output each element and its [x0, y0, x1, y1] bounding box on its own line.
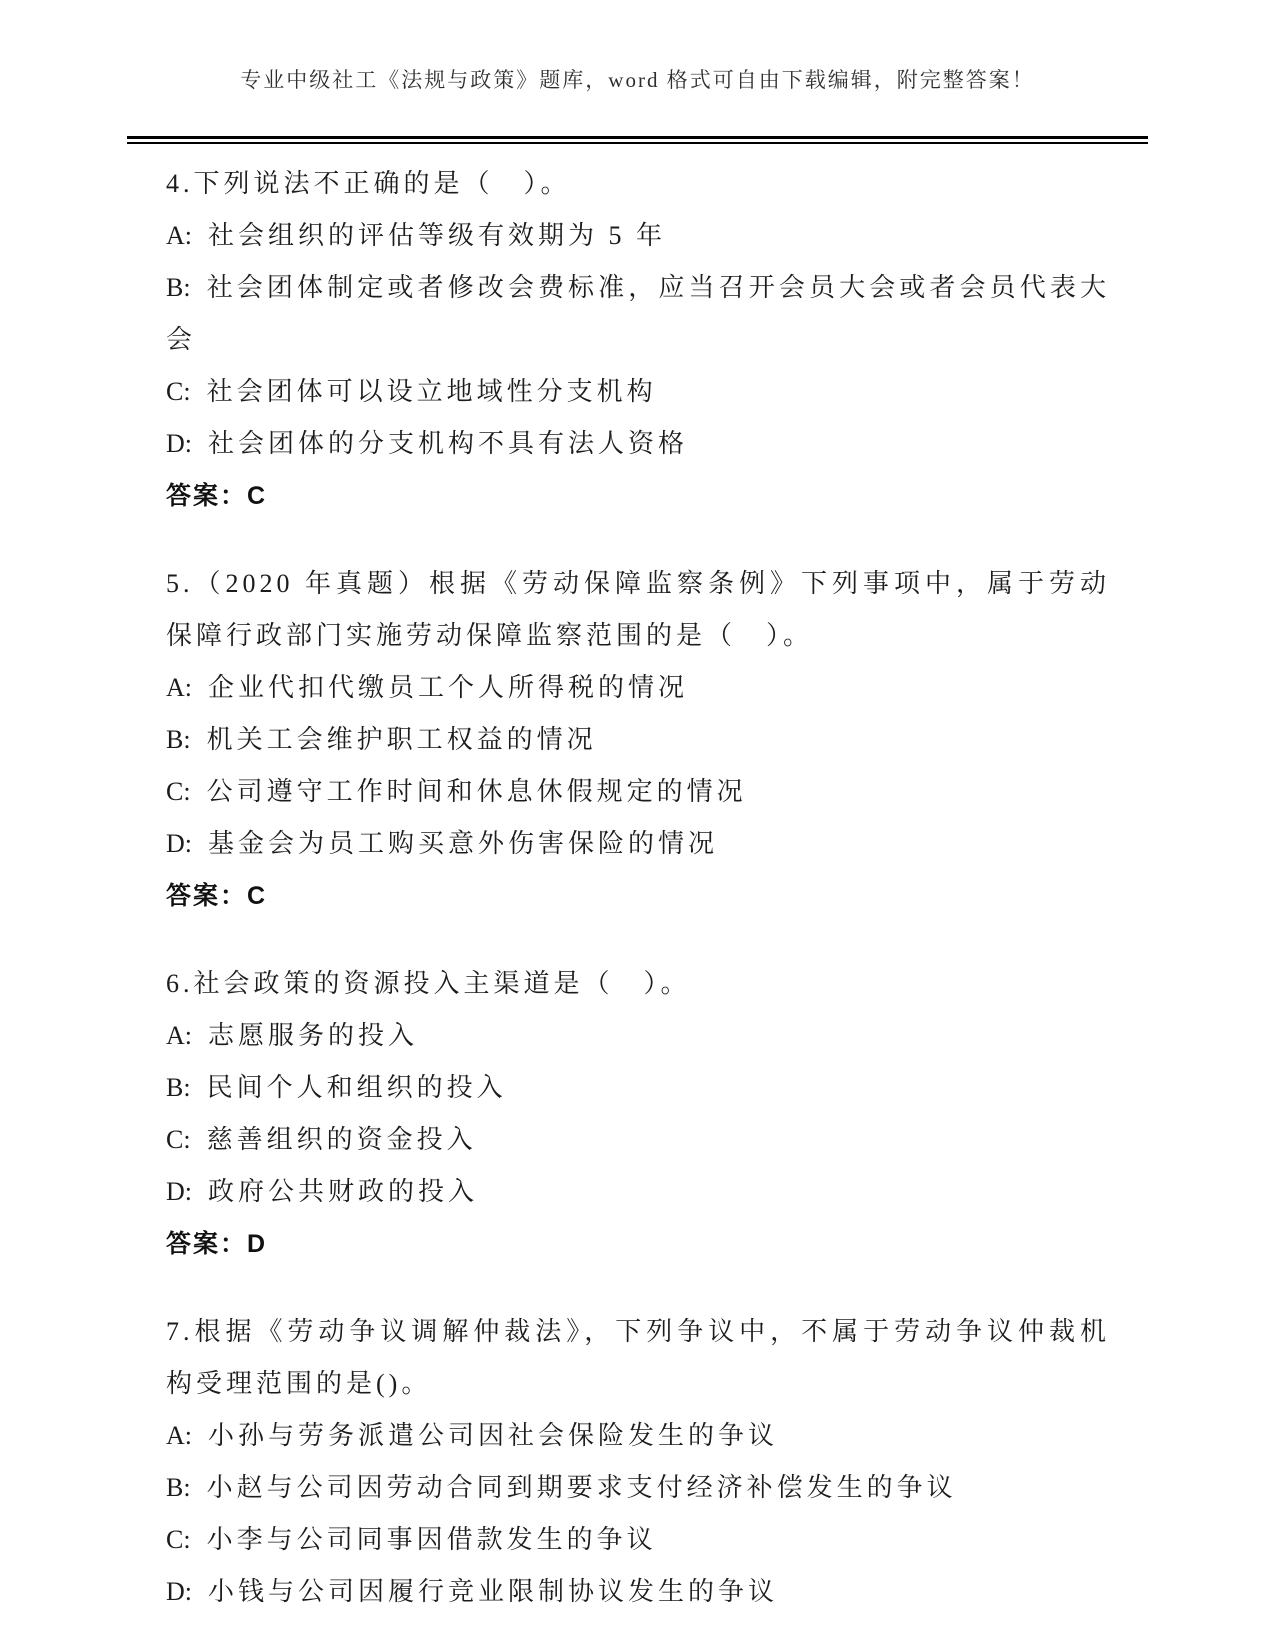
option-line: C:公司遵守工作时间和休息休假规定的情况 [166, 766, 1110, 818]
option-line: A:小孙与劳务派遣公司因社会保险发生的争议 [166, 1410, 1110, 1462]
option-line: A:志愿服务的投入 [166, 1010, 1110, 1062]
option-text: 小钱与公司因履行竞业限制协议发生的争议 [208, 1577, 778, 1606]
option-line: D:基金会为员工购买意外伤害保险的情况 [166, 818, 1110, 870]
option-label: C: [166, 766, 191, 818]
question-options: A:小孙与劳务派遣公司因社会保险发生的争议B:小赵与公司因劳动合同到期要求支付经… [166, 1410, 1110, 1618]
answer-line: 答案：C [166, 870, 1110, 922]
option-label: A: [166, 210, 192, 262]
option-line: C:慈善组织的资金投入 [166, 1114, 1110, 1166]
option-label: D: [166, 418, 192, 470]
option-text: 小李与公司同事因借款发生的争议 [207, 1525, 657, 1554]
question-stem: 6.社会政策的资源投入主渠道是（ ）。 [166, 958, 1110, 1010]
option-line: D:社会团体的分支机构不具有法人资格 [166, 418, 1110, 470]
option-label: B: [166, 1062, 191, 1114]
option-label: B: [166, 1462, 191, 1514]
option-line: C:社会团体可以设立地域性分支机构 [166, 366, 1110, 418]
option-text: 社会团体的分支机构不具有法人资格 [208, 429, 688, 458]
option-text: 社会组织的评估等级有效期为 5 年 [208, 221, 666, 250]
questions: 4.下列说法不正确的是（ ）。 A:社会组织的评估等级有效期为 5 年B:社会团… [166, 158, 1110, 1618]
page: 专业中级社工《法规与政策》题库，word 格式可自由下载编辑，附完整答案！ 4.… [0, 0, 1275, 1650]
question-block: 7.根据《劳动争议调解仲裁法》，下列争议中，不属于劳动争议仲裁机构受理范围的是(… [166, 1306, 1110, 1618]
option-line: B:社会团体制定或者修改会费标准，应当召开会员大会或者会员代表大会 [166, 262, 1110, 366]
option-label: C: [166, 1114, 191, 1166]
option-line: B:机关工会维护职工权益的情况 [166, 714, 1110, 766]
option-text: 政府公共财政的投入 [208, 1177, 478, 1206]
option-text: 民间个人和组织的投入 [207, 1073, 507, 1102]
option-label: D: [166, 1166, 192, 1218]
option-text: 小赵与公司因劳动合同到期要求支付经济补偿发生的争议 [207, 1473, 957, 1502]
header-divider [127, 136, 1148, 144]
option-text: 社会团体可以设立地域性分支机构 [207, 377, 657, 406]
option-label: C: [166, 1514, 191, 1566]
option-label: C: [166, 366, 191, 418]
question-options: A:企业代扣代缴员工个人所得税的情况B:机关工会维护职工权益的情况C:公司遵守工… [166, 662, 1110, 870]
option-text: 慈善组织的资金投入 [207, 1125, 477, 1154]
question-stem: 7.根据《劳动争议调解仲裁法》，下列争议中，不属于劳动争议仲裁机构受理范围的是(… [166, 1306, 1110, 1410]
header-title: 专业中级社工《法规与政策》题库，word 格式可自由下载编辑，附完整答案！ [240, 68, 1034, 92]
document-header: 专业中级社工《法规与政策》题库，word 格式可自由下载编辑，附完整答案！ [0, 0, 1275, 94]
question-options: A:志愿服务的投入B:民间个人和组织的投入C:慈善组织的资金投入D:政府公共财政… [166, 1010, 1110, 1218]
option-line: B:民间个人和组织的投入 [166, 1062, 1110, 1114]
option-line: D:政府公共财政的投入 [166, 1166, 1110, 1218]
question-options: A:社会组织的评估等级有效期为 5 年B:社会团体制定或者修改会费标准，应当召开… [166, 210, 1110, 470]
option-text: 社会团体制定或者修改会费标准，应当召开会员大会或者会员代表大会 [166, 273, 1110, 354]
option-label: D: [166, 1566, 192, 1618]
question-stem: 5.（2020 年真题）根据《劳动保障监察条例》下列事项中，属于劳动保障行政部门… [166, 558, 1110, 662]
option-text: 基金会为员工购买意外伤害保险的情况 [208, 829, 718, 858]
option-text: 公司遵守工作时间和休息休假规定的情况 [207, 777, 747, 806]
option-label: B: [166, 714, 191, 766]
option-label: B: [166, 262, 191, 314]
option-line: B:小赵与公司因劳动合同到期要求支付经济补偿发生的争议 [166, 1462, 1110, 1514]
option-text: 志愿服务的投入 [208, 1021, 418, 1050]
question-block: 4.下列说法不正确的是（ ）。 A:社会组织的评估等级有效期为 5 年B:社会团… [166, 158, 1110, 522]
question-block: 5.（2020 年真题）根据《劳动保障监察条例》下列事项中，属于劳动保障行政部门… [166, 558, 1110, 922]
option-label: A: [166, 1410, 192, 1462]
option-text: 企业代扣代缴员工个人所得税的情况 [208, 673, 688, 702]
option-text: 小孙与劳务派遣公司因社会保险发生的争议 [208, 1421, 778, 1450]
option-text: 机关工会维护职工权益的情况 [207, 725, 597, 754]
option-line: D:小钱与公司因履行竞业限制协议发生的争议 [166, 1566, 1110, 1618]
option-line: A:企业代扣代缴员工个人所得税的情况 [166, 662, 1110, 714]
option-line: A:社会组织的评估等级有效期为 5 年 [166, 210, 1110, 262]
question-block: 6.社会政策的资源投入主渠道是（ ）。 A:志愿服务的投入B:民间个人和组织的投… [166, 958, 1110, 1270]
answer-line: 答案：C [166, 470, 1110, 522]
question-stem: 4.下列说法不正确的是（ ）。 [166, 158, 1110, 210]
option-line: C:小李与公司同事因借款发生的争议 [166, 1514, 1110, 1566]
answer-line: 答案：D [166, 1218, 1110, 1270]
option-label: A: [166, 662, 192, 714]
option-label: A: [166, 1010, 192, 1062]
option-label: D: [166, 818, 192, 870]
